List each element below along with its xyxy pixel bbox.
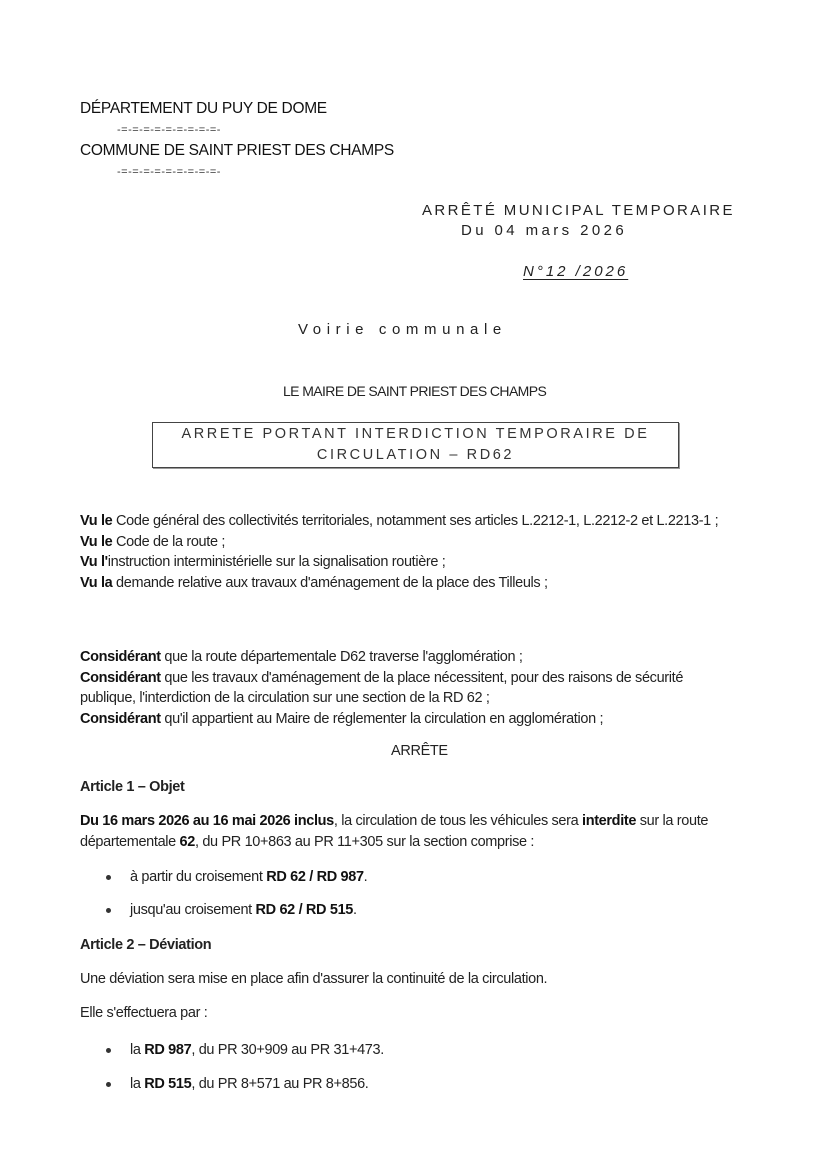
considerant-section: Considérant que la route départementale … xyxy=(80,647,742,729)
article2-paragraph: Une déviation sera mise en place afin d'… xyxy=(80,969,547,990)
article1-list: à partir du croisement RD 62 / RD 987. j… xyxy=(106,867,367,920)
list-item: la RD 515, du PR 8+571 au PR 8+856. xyxy=(106,1074,384,1095)
department-name: DÉPARTEMENT DU PUY DE DOME xyxy=(80,100,327,118)
separator-line: -=-=-=-=-=-=-=-=-=- xyxy=(117,124,221,136)
article2-paragraph: Elle s'effectuera par : xyxy=(80,1003,207,1024)
decree-type: ARRÊTÉ MUNICIPAL TEMPORAIRE xyxy=(422,202,735,219)
subject-area: Voirie communale xyxy=(298,321,507,338)
considerant-item: Considérant que la route départementale … xyxy=(80,647,742,668)
vu-item: Vu l'instruction interministérielle sur … xyxy=(80,552,730,573)
considerant-item: Considérant que les travaux d'aménagemen… xyxy=(80,668,742,709)
vu-item: Vu la demande relative aux travaux d'amé… xyxy=(80,573,730,594)
decree-title-line1: ARRETE PORTANT INTERDICTION TEMPORAIRE D… xyxy=(153,424,678,445)
vu-item: Vu le Code général des collectivités ter… xyxy=(80,511,730,532)
decree-title-line2: CIRCULATION – RD62 xyxy=(153,445,678,466)
decree-date: Du 04 mars 2026 xyxy=(461,222,627,239)
list-item: à partir du croisement RD 62 / RD 987. xyxy=(106,867,367,888)
authority: LE MAIRE DE SAINT PRIEST DES CHAMPS xyxy=(283,383,546,399)
vu-item: Vu le Code de la route ; xyxy=(80,532,730,553)
considerant-item: Considérant qu'il appartient au Maire de… xyxy=(80,709,742,730)
article2-list: la RD 987, du PR 30+909 au PR 31+473. la… xyxy=(106,1040,384,1094)
decree-title-box: ARRETE PORTANT INTERDICTION TEMPORAIRE D… xyxy=(152,422,679,468)
list-item: jusqu'au croisement RD 62 / RD 515. xyxy=(106,900,367,921)
decree-number: N°12 /2026 xyxy=(523,263,628,280)
vu-section: Vu le Code général des collectivités ter… xyxy=(80,511,730,593)
arrete-heading: ARRÊTE xyxy=(391,741,448,762)
article1-heading: Article 1 – Objet xyxy=(80,777,184,798)
list-item: la RD 987, du PR 30+909 au PR 31+473. xyxy=(106,1040,384,1061)
commune-name: COMMUNE DE SAINT PRIEST DES CHAMPS xyxy=(80,142,394,160)
separator-line: -=-=-=-=-=-=-=-=-=- xyxy=(117,166,221,178)
article2-heading: Article 2 – Déviation xyxy=(80,935,211,956)
article1-paragraph: Du 16 mars 2026 au 16 mai 2026 inclus, l… xyxy=(80,811,730,852)
